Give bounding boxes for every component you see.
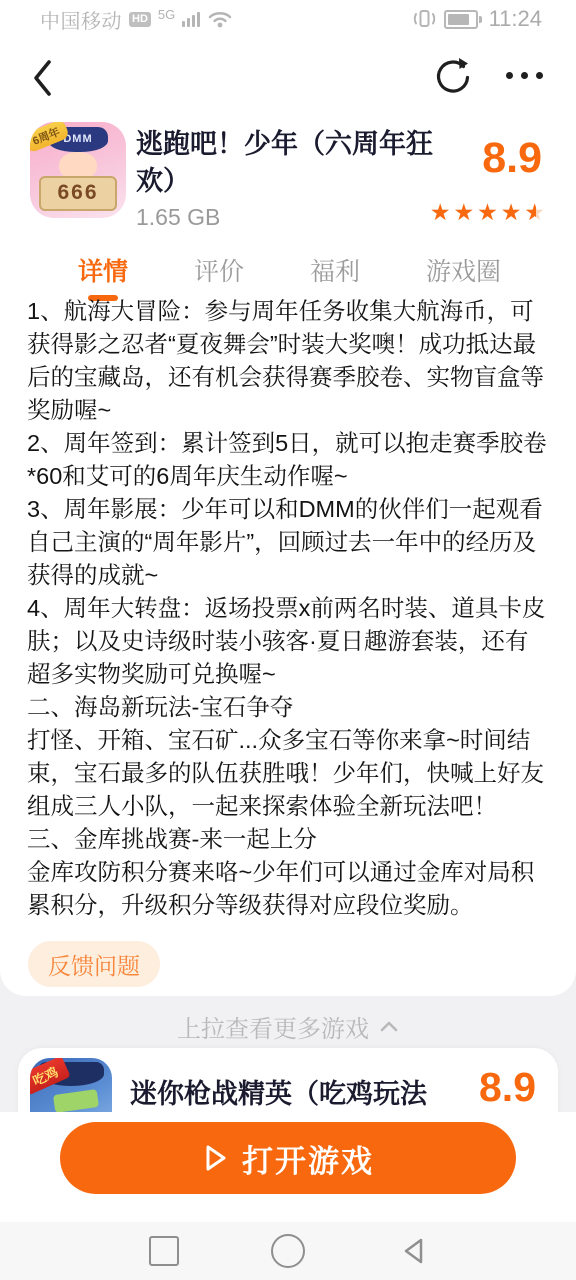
clock-label: 11:24 xyxy=(489,6,542,32)
tab-welfare[interactable]: 福利 xyxy=(310,252,360,288)
desc-paragraph: 3、周年影展：少年可以和DMM的伙伴们一起观看自己主演的“周年影片”，回顾过去一… xyxy=(27,493,551,592)
status-bar: 中国移动 HD 5G 11:24 xyxy=(0,0,576,36)
tab-game-circle[interactable]: 游戏圈 xyxy=(426,252,501,288)
signal-icon xyxy=(182,11,200,27)
app-title: 逃跑吧！少年（六周年狂欢） xyxy=(136,126,444,200)
bottom-action-bar: 打开游戏 xyxy=(0,1112,576,1222)
vibrate-icon xyxy=(411,8,437,30)
tab-reviews[interactable]: 评价 xyxy=(194,252,244,288)
desc-paragraph: 二、海岛新玩法-宝石争夺 xyxy=(27,691,551,724)
app-size: 1.65 GB xyxy=(136,204,220,231)
tab-details[interactable]: 详情 xyxy=(78,252,128,288)
next-game-icon-visor xyxy=(53,1089,99,1113)
app-icon: DMM 666 6周年 xyxy=(30,122,126,218)
next-game-rating: 8.9 xyxy=(479,1064,536,1111)
chevron-up-icon xyxy=(379,1019,399,1033)
desc-paragraph: 1、航海大冒险：参与周年任务收集大航海币，可获得影之忍者“夏夜舞会”时装大奖噢！… xyxy=(27,295,551,427)
triangle-left-icon xyxy=(398,1235,428,1267)
carrier-label: 中国移动 xyxy=(40,5,122,34)
desc-paragraph: 4、周年大转盘：返场投票x前两名时装、道具卡皮肤；以及史诗级时装小骇客·夏日趣游… xyxy=(27,592,551,691)
pull-up-label: 上拉查看更多游戏 xyxy=(177,1009,369,1044)
pull-up-more[interactable]: 上拉查看更多游戏 xyxy=(0,1006,576,1046)
wifi-icon xyxy=(207,9,233,29)
next-game-title: 迷你枪战精英（吃鸡玩法 xyxy=(130,1076,440,1112)
more-menu-icon[interactable] xyxy=(506,72,543,79)
game-description: 1、航海大冒险：参与周年任务收集大航海币，可获得影之忍者“夏夜舞会”时装大奖噢！… xyxy=(27,295,551,922)
rating-score: 8.9 xyxy=(482,134,542,183)
desc-paragraph: 三、金库挑战赛-来一起上分 xyxy=(27,823,551,856)
feedback-button[interactable]: 反馈问题 xyxy=(28,941,160,987)
hd-icon: HD xyxy=(129,12,151,27)
recents-button[interactable] xyxy=(149,1222,179,1280)
tab-bar: 详情 评价 福利 游戏圈 xyxy=(0,252,576,288)
stars-fill: ★★★★★ xyxy=(430,198,536,226)
battery-icon xyxy=(444,10,482,29)
play-icon xyxy=(202,1143,228,1173)
rating-stars: ★★★★★ ★★★★★ xyxy=(430,198,548,226)
back-nav-button[interactable] xyxy=(398,1222,428,1280)
android-nav-bar xyxy=(0,1222,576,1280)
open-game-label: 打开游戏 xyxy=(242,1136,374,1181)
desc-paragraph: 2、周年签到：累计签到5日，就可以抱走赛季胶卷*60和艾可的6周年庆生动作喔~ xyxy=(27,427,551,493)
desc-paragraph: 金库攻防积分赛来咯~少年们可以通过金库对局积累积分，升级积分等级获得对应段位奖励… xyxy=(27,856,551,922)
home-button[interactable] xyxy=(271,1222,305,1280)
share-icon[interactable] xyxy=(432,56,474,98)
back-button[interactable] xyxy=(28,56,58,100)
chicken-dinner-badge: 吃鸡 xyxy=(30,1058,71,1095)
open-game-button[interactable]: 打开游戏 xyxy=(60,1122,516,1194)
network-label: 5G xyxy=(158,7,175,22)
desc-paragraph: 打怪、开箱、宝石矿...众多宝石等你来拿~时间结束，宝石最多的队伍获胜哦！少年们… xyxy=(27,724,551,823)
app-icon-sign: 666 xyxy=(39,176,117,211)
